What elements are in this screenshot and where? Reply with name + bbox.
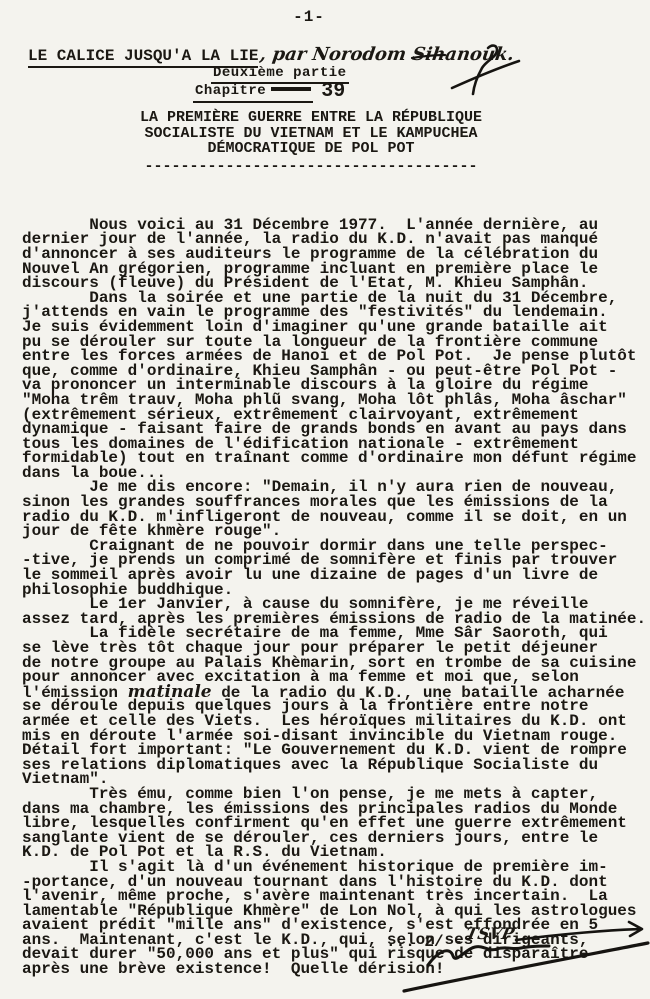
page-number: -1- bbox=[0, 8, 634, 26]
chapter-label: Chapitre bbox=[195, 83, 266, 99]
title-row: LE CALICE JUSQU'A LA LIE, par Norodom Si… bbox=[28, 44, 514, 65]
body-text: Nous voici au 31 Décembre 1977. L'année … bbox=[22, 174, 646, 977]
heading-dashed-underline: ------------------------------------- bbox=[0, 159, 636, 175]
paraph-crossbar-icon bbox=[452, 61, 519, 88]
text-line: pour annoncer avec excitation à ma femme… bbox=[22, 670, 646, 685]
tsvp-note: TSVP bbox=[464, 924, 516, 943]
text-line: après une brève existence! Quelle dérisi… bbox=[22, 962, 646, 977]
chapter-number: 39 bbox=[321, 82, 345, 102]
chapter-heading: LA PREMIÈRE GUERRE ENTRE LA RÉPUBLIQUE S… bbox=[0, 110, 636, 174]
handwritten-byline: , par Norodom Sihanouk. bbox=[259, 44, 516, 65]
heading-line-3: DÉMOCRATIQUE DE POL POT bbox=[0, 141, 636, 157]
chapter-label-underlined: Chapitre bbox=[193, 83, 313, 103]
heading-line-2: SOCIALISTE DU VIETNAM ET LE KAMPUCHEA bbox=[0, 126, 636, 142]
heading-line-1: LA PREMIÈRE GUERRE ENTRE LA RÉPUBLIQUE bbox=[0, 110, 636, 126]
text-line: ses relations diplomatiques avec la Répu… bbox=[22, 758, 646, 773]
manuscript-page: -1- LE CALICE JUSQU'A LA LIE, par Norodo… bbox=[0, 0, 650, 999]
chapter-row: Chapitre 39 bbox=[193, 82, 345, 103]
chapter-dash-stroke bbox=[271, 87, 311, 91]
page-continuation: ... 2/ - bbox=[386, 933, 463, 951]
